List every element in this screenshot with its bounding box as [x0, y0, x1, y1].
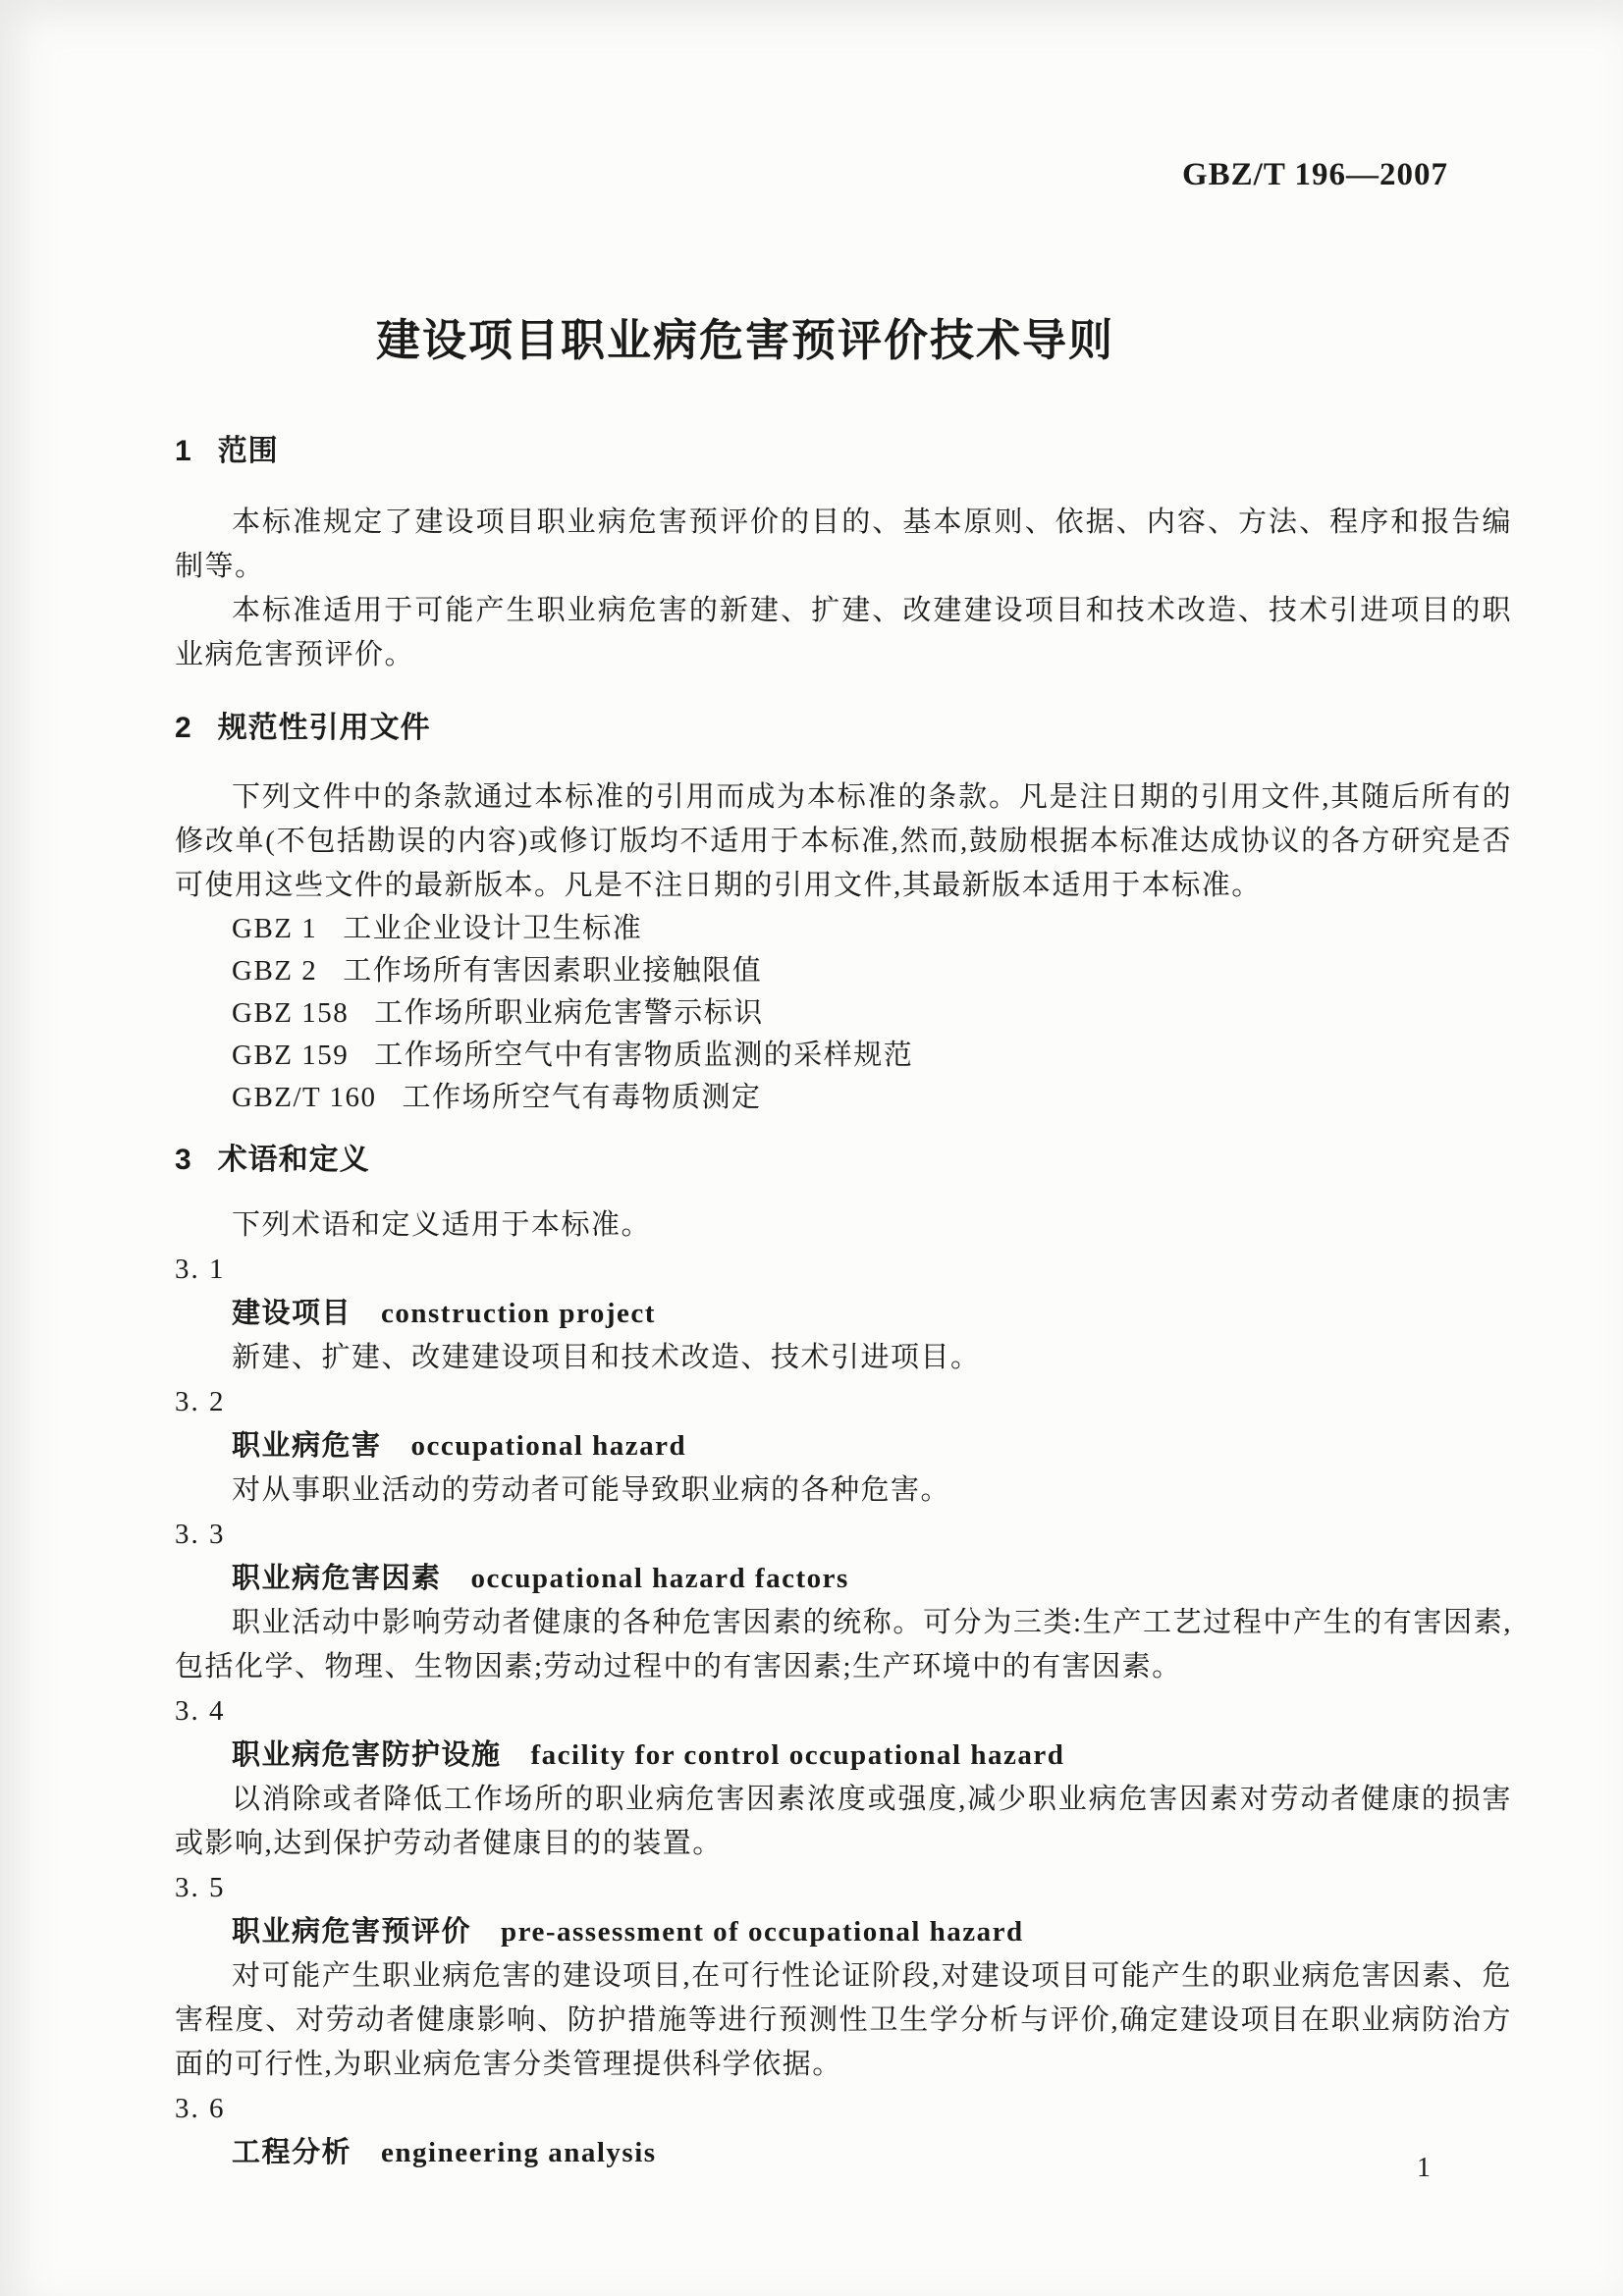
- term-english: occupational hazard: [411, 1430, 687, 1462]
- document-page: GBZ/T 196—2007 建设项目职业病危害预评价技术导则 1范围 本标准规…: [0, 0, 1623, 2296]
- term-chinese: 工程分析: [232, 2137, 352, 2168]
- section-3-title: 术语和定义: [218, 1144, 370, 1176]
- term-definition: 新建、扩建、改建建设项目和技术改造、技术引进项目。: [175, 1336, 1512, 1380]
- term-heading: 工程分析engineering analysis: [175, 2131, 1512, 2175]
- term-chinese: 职业病危害: [232, 1430, 382, 1462]
- reference-title: 工作场所有害因素职业接触限值: [343, 955, 762, 987]
- term-number: 3. 6: [175, 2087, 1512, 2131]
- section-1-number: 1: [175, 435, 192, 467]
- term-number: 3. 2: [175, 1380, 1512, 1424]
- term-number: 3. 1: [175, 1248, 1512, 1292]
- term-chinese: 职业病危害预评价: [232, 1916, 471, 1948]
- term-heading: 职业病危害防护设施facility for control occupation…: [175, 1734, 1512, 1778]
- section-1-paragraph-1: 本标准规定了建设项目职业病危害预评价的目的、基本原则、依据、内容、方法、程序和报…: [175, 501, 1512, 589]
- reference-title: 工作场所空气有毒物质测定: [403, 1082, 762, 1113]
- section-3-number: 3: [175, 1144, 192, 1176]
- document-title: 建设项目职业病危害预评价技术导则: [175, 310, 1316, 371]
- term-number: 3. 5: [175, 1866, 1512, 1910]
- section-2-heading: 2规范性引用文件: [175, 707, 1512, 750]
- reference-item: GBZ 159工作场所空气中有害物质监测的采样规范: [175, 1035, 1512, 1077]
- section-3-heading: 3术语和定义: [175, 1139, 1512, 1182]
- reference-item: GBZ 2工作场所有害因素职业接触限值: [175, 950, 1512, 992]
- section-2-title: 规范性引用文件: [218, 712, 431, 744]
- reference-item: GBZ 158工作场所职业病危害警示标识: [175, 992, 1512, 1035]
- term-heading: 职业病危害预评价pre-assessment of occupational h…: [175, 1910, 1512, 1954]
- term-english: construction project: [381, 1298, 656, 1329]
- reference-title: 工作场所职业病危害警示标识: [374, 997, 764, 1029]
- term-chinese: 职业病危害防护设施: [232, 1739, 502, 1771]
- reference-code: GBZ/T 160: [232, 1082, 377, 1113]
- section-2-number: 2: [175, 712, 192, 744]
- section-1-heading: 1范围: [175, 430, 1512, 473]
- reference-code: GBZ 158: [232, 997, 349, 1029]
- standard-code: GBZ/T 196—2007: [175, 157, 1512, 192]
- reference-title: 工业企业设计卫生标准: [343, 913, 642, 944]
- section-3-intro: 下列术语和定义适用于本标准。: [175, 1203, 1512, 1248]
- term-heading: 职业病危害因素occupational hazard factors: [175, 1557, 1512, 1601]
- term-definition: 对可能产生职业病危害的建设项目,在可行性论证阶段,对建设项目可能产生的职业病危害…: [175, 1954, 1512, 2087]
- term-chinese: 建设项目: [232, 1298, 352, 1329]
- term-definition: 职业活动中影响劳动者健康的各种危害因素的统称。可分为三类:生产工艺过程中产生的有…: [175, 1601, 1512, 1689]
- term-definition: 对从事职业活动的劳动者可能导致职业病的各种危害。: [175, 1468, 1512, 1513]
- term-english: engineering analysis: [381, 2137, 657, 2168]
- section-1-title: 范围: [218, 435, 279, 467]
- section-1-paragraph-2: 本标准适用于可能产生职业病危害的新建、扩建、改建建设项目和技术改造、技术引进项目…: [175, 589, 1512, 677]
- term-definition: 以消除或者降低工作场所的职业病危害因素浓度或强度,减少职业病危害因素对劳动者健康…: [175, 1778, 1512, 1866]
- reference-item: GBZ 1工业企业设计卫生标准: [175, 908, 1512, 950]
- term-chinese: 职业病危害因素: [232, 1563, 442, 1594]
- section-2-paragraph-1: 下列文件中的条款通过本标准的引用而成为本标准的条款。凡是注日期的引用文件,其随后…: [175, 775, 1512, 908]
- normative-references-list: GBZ 1工业企业设计卫生标准 GBZ 2工作场所有害因素职业接触限值 GBZ …: [175, 908, 1512, 1119]
- term-number: 3. 4: [175, 1689, 1512, 1734]
- term-heading: 建设项目construction project: [175, 1292, 1512, 1336]
- reference-title: 工作场所空气中有害物质监测的采样规范: [374, 1040, 913, 1071]
- reference-code: GBZ 159: [232, 1040, 349, 1071]
- reference-item: GBZ/T 160工作场所空气有毒物质测定: [175, 1077, 1512, 1119]
- reference-code: GBZ 2: [232, 955, 317, 987]
- page-number: 1: [1417, 2152, 1431, 2185]
- term-english: occupational hazard factors: [471, 1563, 849, 1594]
- term-english: facility for control occupational hazard: [531, 1739, 1065, 1771]
- term-english: pre-assessment of occupational hazard: [501, 1916, 1024, 1948]
- term-number: 3. 3: [175, 1513, 1512, 1557]
- term-heading: 职业病危害occupational hazard: [175, 1424, 1512, 1468]
- reference-code: GBZ 1: [232, 913, 317, 944]
